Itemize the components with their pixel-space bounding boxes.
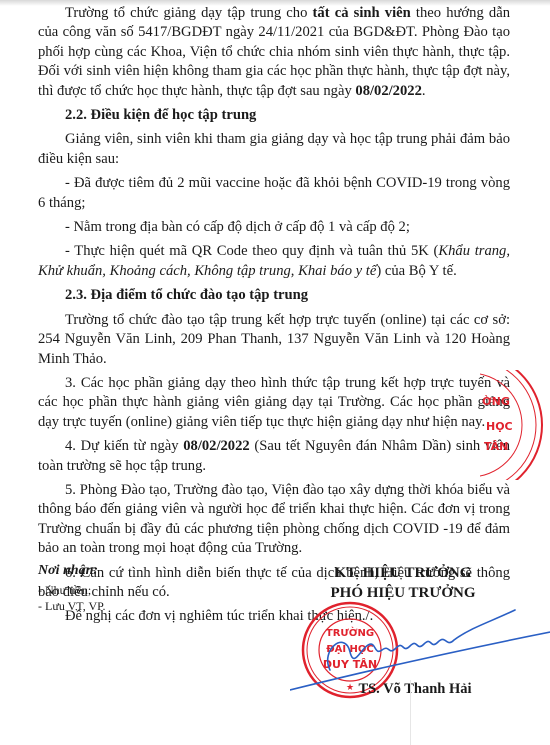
condition-vaccine: - Đã được tiêm đủ 2 mũi vaccine hoặc đã … — [38, 174, 510, 213]
condition-zone: - Nằm trong địa bàn có cấp độ dịch ở cấp… — [38, 218, 510, 237]
recipient-item: - Lưu VT, VP. — [38, 598, 218, 614]
item-3: 3. Các học phần giảng dạy theo hình thức… — [38, 374, 510, 432]
section-heading-2-2: 2.2. Điều kiện để học tập trung — [65, 106, 510, 125]
conditions-intro: Giảng viên, sinh viên khi tham gia giảng… — [38, 130, 510, 169]
intro-paragraph: Trường tổ chức giảng dạy tập trung cho t… — [38, 4, 510, 101]
svg-text:ĐẠI HỌC: ĐẠI HỌC — [326, 644, 374, 655]
signature-block: KT. HIỆU TRƯỞNG PHÓ HIỆU TRƯỞNG TS. Võ T… — [318, 563, 488, 603]
item-4: 4. Dự kiến từ ngày 08/02/2022 (Sau tết N… — [38, 437, 510, 476]
condition-5k: - Thực hiện quét mã QR Code theo quy địn… — [38, 242, 510, 281]
document-body: Trường tổ chức giảng dạy tập trung cho t… — [38, 4, 510, 632]
item-5: 5. Phòng Đào tạo, Trường đào tạo, Viện đ… — [38, 481, 510, 559]
signer-name: TS. Võ Thanh Hải — [330, 679, 500, 699]
svg-text:DUY TÂN: DUY TÂN — [323, 658, 377, 671]
recipients-label: Nơi nhận: — [38, 563, 218, 579]
recipient-item: - Như trên; — [38, 582, 218, 598]
signer-title-1: KT. HIỆU TRƯỞNG — [318, 563, 488, 583]
signer-title-2: PHÓ HIỆU TRƯỞNG — [318, 583, 488, 603]
scan-artifact-line — [410, 680, 411, 745]
locations-paragraph: Trường tổ chức đào tạo tập trung kết hợp… — [38, 311, 510, 369]
section-heading-2-3: 2.3. Địa điểm tổ chức đào tạo tập trung — [65, 286, 510, 305]
recipients-block: Nơi nhận: - Như trên; - Lưu VT, VP. — [38, 563, 218, 614]
